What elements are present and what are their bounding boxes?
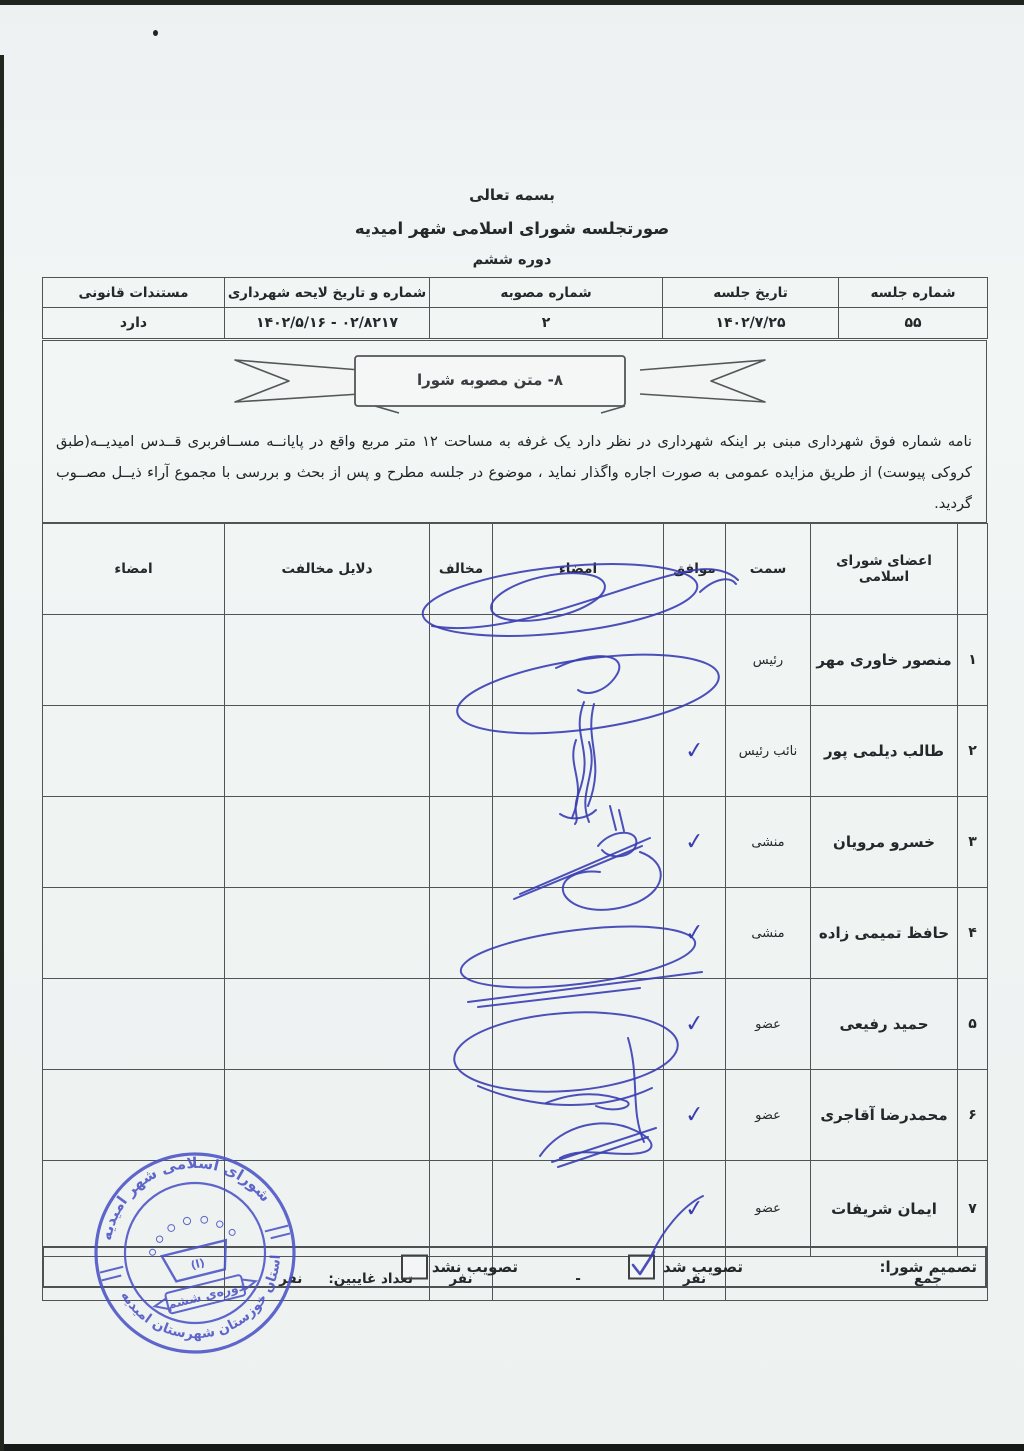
info-value-row: ۵۵ ۱۴۰۲/۷/۲۵ ۲ ۱۴۰۲/۵/۱۶ - ۰۲/۸۲۱۷ دارد: [43, 308, 988, 339]
decision-label: تصمیم شورا:: [879, 1258, 977, 1276]
member-position-cell: منشی: [726, 888, 811, 979]
scan-speck: [153, 30, 158, 36]
stamp-left-tick: [100, 1267, 125, 1281]
term-line: دوره ششم: [0, 252, 1024, 268]
member-position-cell: عضو: [726, 979, 811, 1070]
bill-number-date-value: ۱۴۰۲/۵/۱۶ - ۰۲/۸۲۱۷: [225, 308, 430, 339]
signature2-cell: [43, 797, 225, 888]
oppose-reason-cell: [225, 706, 430, 797]
session-number-header: شماره جلسه: [839, 278, 988, 308]
oppose-reason-cell: [225, 979, 430, 1070]
stamp-right-tick: [265, 1226, 290, 1240]
signature2-cell: [43, 615, 225, 706]
scanned-meeting-minutes-page: بسمه تعالی صورتجلسه شورای اسلامی شهر امی…: [0, 0, 1024, 1451]
legal-docs-value: دارد: [43, 308, 225, 339]
member-number-cell: ۱: [958, 615, 988, 706]
agree-checkmark: ✓: [684, 1010, 706, 1038]
stamp-center-emblem: (ا): [143, 1207, 243, 1286]
signature-cell: [493, 979, 664, 1070]
info-header-row: شماره جلسه تاریخ جلسه شماره مصوبه شماره …: [43, 278, 988, 308]
oppose-cell: [430, 888, 493, 979]
agree-mark-cell: ✓: [664, 797, 726, 888]
signature-cell: [493, 1161, 664, 1257]
ribbon-fold-left: [375, 406, 399, 413]
session-date-header: تاریخ جلسه: [663, 278, 839, 308]
signature2-cell: [43, 706, 225, 797]
member-row: ۲ طالب دیلمی پور نائب رئیس ✓: [43, 706, 988, 797]
oppose-cell: [430, 615, 493, 706]
signature-cell: [493, 1070, 664, 1161]
member-name-cell: منصور خاوری مهر: [811, 615, 958, 706]
signature2-cell: [43, 888, 225, 979]
agree-mark-cell: ✓: [664, 1161, 726, 1257]
approved-option-label: تصویب شد: [663, 1258, 743, 1276]
col-members-header: اعضای شورای اسلامی: [811, 524, 958, 615]
member-row: ۴ حافظ تمیمی زاده منشی ✓: [43, 888, 988, 979]
bill-number-date-header: شماره و تاریخ لایحه شهرداری: [225, 278, 430, 308]
signature-cell: [493, 615, 664, 706]
member-number-cell: ۵: [958, 979, 988, 1070]
member-number-cell: ۷: [958, 1161, 988, 1257]
agree-mark-cell: ✓: [664, 888, 726, 979]
scan-edge-bottom: [0, 1444, 1024, 1451]
agree-checkmark: ✓: [684, 828, 706, 856]
member-position-cell: نائب رئیس: [726, 706, 811, 797]
member-number-cell: ۴: [958, 888, 988, 979]
resolution-banner-title: ۸- متن مصوبه شورا: [355, 356, 625, 404]
agree-mark-cell: ✓: [664, 979, 726, 1070]
member-name-cell: حمید رفیعی: [811, 979, 958, 1070]
agree-checkmark: ✓: [684, 1101, 706, 1129]
oppose-reason-cell: [225, 797, 430, 888]
approved-checkbox: [628, 1255, 655, 1280]
ribbon-left-tail: [235, 360, 360, 402]
legal-docs-header: مستندات قانونی: [43, 278, 225, 308]
session-date-value: ۱۴۰۲/۷/۲۵: [663, 308, 839, 339]
signature2-cell: [43, 979, 225, 1070]
member-position-cell: عضو: [726, 1161, 811, 1257]
member-name-cell: ایمان شریفات: [811, 1161, 958, 1257]
oppose-cell: [430, 1161, 493, 1257]
oppose-reason-cell: [225, 888, 430, 979]
signature-cell: [493, 706, 664, 797]
session-number-value: ۵۵: [839, 308, 988, 339]
member-name-cell: خسرو مرویان: [811, 797, 958, 888]
member-row: ۱ منصور خاوری مهر رئیس: [43, 615, 988, 706]
col-oppose-header: مخالف: [430, 524, 493, 615]
member-name-cell: حافظ تمیمی زاده: [811, 888, 958, 979]
rejected-checkbox: [401, 1255, 428, 1280]
signature-cell: [493, 888, 664, 979]
oppose-cell: [430, 1070, 493, 1161]
col-position-header: سمت: [726, 524, 811, 615]
col-signature-header: امضاء: [493, 524, 664, 615]
col-number-header: [958, 524, 988, 615]
ribbon-right-tail: [640, 360, 765, 402]
member-number-cell: ۳: [958, 797, 988, 888]
member-number-cell: ۶: [958, 1070, 988, 1161]
oppose-cell: [430, 706, 493, 797]
member-name-cell: محمدرضا آقاجری: [811, 1070, 958, 1161]
bismillah-line: بسمه تعالی: [0, 186, 1024, 204]
agree-mark-cell: ✓: [664, 1070, 726, 1161]
oppose-cell: [430, 979, 493, 1070]
scan-edge-top: [0, 0, 1024, 5]
ribbon-fold-right: [601, 406, 625, 413]
stamp-emblem-text: (ا): [190, 1256, 207, 1272]
agree-mark-cell: ✓: [664, 706, 726, 797]
page-title: صورتجلسه شورای اسلامی شهر امیدیه: [0, 219, 1024, 238]
agree-mark-cell: [664, 615, 726, 706]
resolution-number-header: شماره مصوبه: [430, 278, 663, 308]
signature-cell: [493, 797, 664, 888]
agree-checkmark: ✓: [684, 737, 706, 765]
col-oppose-reasons-header: دلایل مخالفت: [225, 524, 430, 615]
document-header: بسمه تعالی صورتجلسه شورای اسلامی شهر امی…: [0, 186, 1024, 268]
member-number-cell: ۲: [958, 706, 988, 797]
resolution-number-value: ۲: [430, 308, 663, 339]
member-name-cell: طالب دیلمی پور: [811, 706, 958, 797]
rejected-option-label: تصویب نشد: [432, 1258, 518, 1276]
col-signature2-header: امضاء: [43, 524, 225, 615]
member-position-cell: منشی: [726, 797, 811, 888]
session-info-table: شماره جلسه تاریخ جلسه شماره مصوبه شماره …: [42, 277, 988, 339]
resolution-body-text: نامه شماره فوق شهرداری مبنی بر اینکه شهر…: [56, 426, 972, 519]
oppose-reason-cell: [225, 615, 430, 706]
member-position-cell: عضو: [726, 1070, 811, 1161]
col-agree-header: موافق: [664, 524, 726, 615]
members-header-row: اعضای شورای اسلامی سمت موافق امضاء مخالف…: [43, 524, 988, 615]
agree-checkmark: ✓: [684, 1195, 706, 1223]
member-position-cell: رئیس: [726, 615, 811, 706]
member-row: ۵ حمید رفیعی عضو ✓: [43, 979, 988, 1070]
agree-checkmark: ✓: [684, 919, 706, 947]
oppose-cell: [430, 797, 493, 888]
member-row: ۳ خسرو مرویان منشی ✓: [43, 797, 988, 888]
